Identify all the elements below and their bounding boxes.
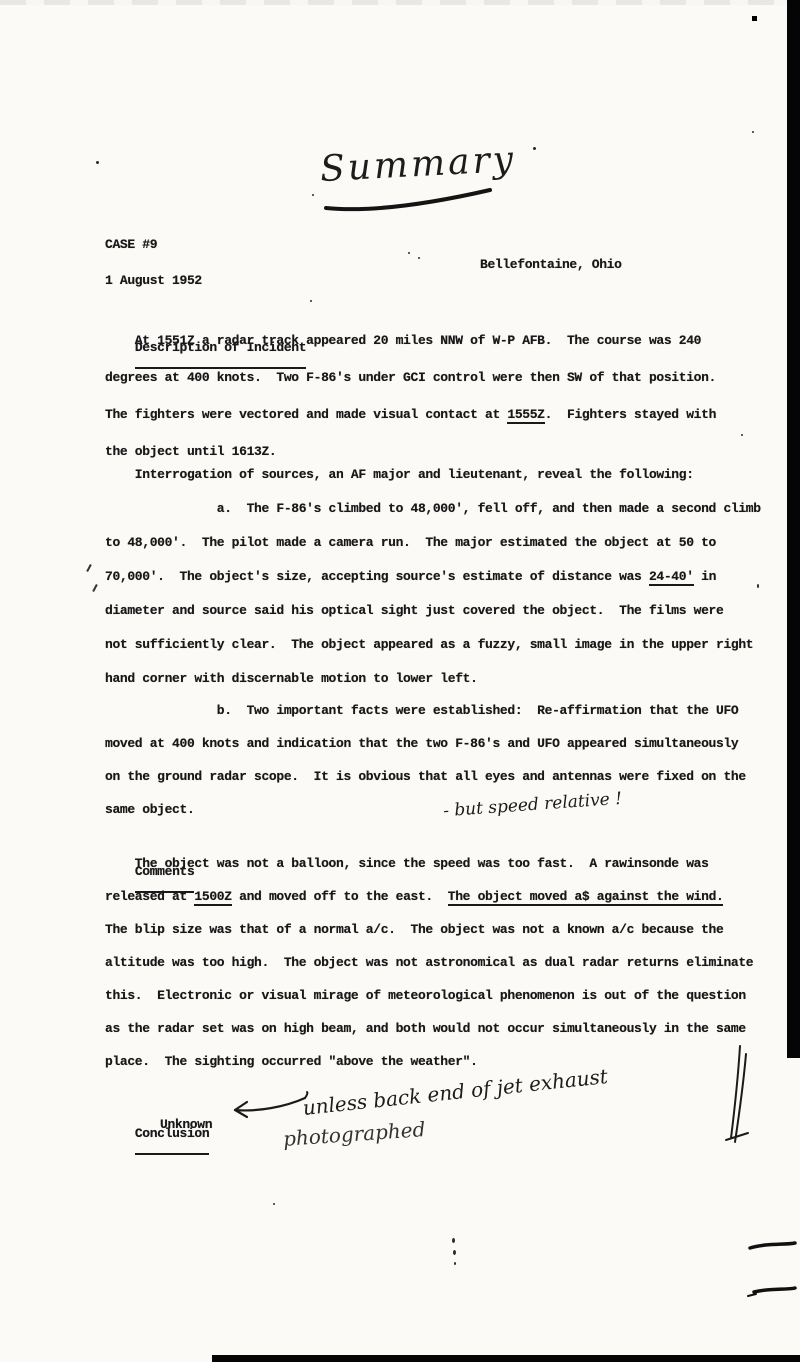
handwritten-margin-stroke <box>724 1042 756 1150</box>
handwritten-margin-dash <box>748 1238 796 1298</box>
text-segment: 70,000'. The object's size, accepting so… <box>105 569 649 584</box>
text-segment: on the ground radar scope. It is obvious… <box>105 769 746 784</box>
case-number: CASE #9 <box>105 226 157 263</box>
scan-smudge <box>408 252 410 254</box>
handwritten-summary-title: Summary <box>319 139 517 190</box>
conclusion-value: Unknown <box>160 1106 212 1143</box>
text-segment: The blip size was that of a normal a/c. … <box>105 922 723 937</box>
scan-smudge <box>310 300 312 302</box>
incident-location: Bellefontaine, Ohio <box>480 246 622 283</box>
text-line: place. The sighting occurred "above the … <box>105 1045 753 1078</box>
description-paragraph-2: Interrogation of sources, an AF major an… <box>105 456 694 493</box>
text-segment: released at <box>105 889 194 904</box>
scan-smudge <box>741 434 743 436</box>
text-line: a. The F-86's climbed to 48,000', fell o… <box>105 492 761 526</box>
scan-smudge <box>752 16 757 21</box>
underlined-text: 24-40' <box>649 569 694 586</box>
text-segment: At 1551Z a radar track appeared 20 miles… <box>105 333 701 348</box>
scan-right-edge-band <box>787 0 800 1058</box>
text-segment: The fighters were vectored and made visu… <box>105 407 507 422</box>
text-line: The blip size was that of a normal a/c. … <box>105 913 753 946</box>
text-line: moved at 400 knots and indication that t… <box>105 727 746 760</box>
text-line: diameter and source said his optical sig… <box>105 594 761 628</box>
text-segment: The object was not a balloon, since the … <box>105 856 709 871</box>
text-segment: in <box>694 569 716 584</box>
text-segment: altitude was too high. The object was no… <box>105 955 753 970</box>
scan-smudge <box>752 131 754 133</box>
scan-top-edge-band <box>0 0 787 5</box>
text-segment: moved at 400 knots and indication that t… <box>105 736 738 751</box>
scan-smudge <box>96 161 99 164</box>
underlined-text: The object moved a$ against the wind. <box>448 889 724 906</box>
text-segment: place. The sighting occurred "above the … <box>105 1054 478 1069</box>
scan-margin-tick <box>86 564 92 572</box>
text-line: released at 1500Z and moved off to the e… <box>105 880 753 913</box>
handwritten-left-arrow-icon <box>225 1092 310 1122</box>
text-line: degrees at 400 knots. Two F-86's under G… <box>105 359 716 396</box>
text-segment: same object. <box>105 802 194 817</box>
scan-bottom-edge-bar <box>212 1355 800 1362</box>
text-line: same object. <box>105 793 746 826</box>
scan-smudge <box>452 1238 455 1243</box>
text-line: this. Electronic or visual mirage of met… <box>105 979 753 1012</box>
text-line: to 48,000'. The pilot made a camera run.… <box>105 526 761 560</box>
text-line: 70,000'. The object's size, accepting so… <box>105 560 761 594</box>
text-segment: Interrogation of sources, an AF major an… <box>105 467 694 482</box>
text-segment: to 48,000'. The pilot made a camera run.… <box>105 535 716 550</box>
text-segment: b. Two important facts were established:… <box>105 703 738 718</box>
handwritten-underline-flourish <box>322 186 497 214</box>
text-segment: diameter and source said his optical sig… <box>105 603 723 618</box>
text-segment: degrees at 400 knots. Two F-86's under G… <box>105 370 716 385</box>
text-segment: hand corner with discernable motion to l… <box>105 671 478 686</box>
text-segment: this. Electronic or visual mirage of met… <box>105 988 746 1003</box>
scan-smudge <box>453 1250 456 1255</box>
text-line: The fighters were vectored and made visu… <box>105 396 716 433</box>
text-line: on the ground radar scope. It is obvious… <box>105 760 746 793</box>
comments-paragraph: The object was not a balloon, since the … <box>105 847 753 1078</box>
text-line: At 1551Z a radar track appeared 20 miles… <box>105 322 716 359</box>
description-paragraph-a: a. The F-86's climbed to 48,000', fell o… <box>105 492 761 696</box>
text-segment: a. The F-86's climbed to 48,000', fell o… <box>105 501 761 516</box>
text-segment: and moved off to the east. <box>232 889 448 904</box>
description-paragraph-b: b. Two important facts were established:… <box>105 694 746 826</box>
scan-smudge <box>533 147 536 150</box>
text-line: not sufficiently clear. The object appea… <box>105 628 761 662</box>
description-paragraph-1: At 1551Z a radar track appeared 20 miles… <box>105 322 716 470</box>
scan-smudge <box>454 1262 456 1265</box>
text-line: hand corner with discernable motion to l… <box>105 662 761 696</box>
handwritten-conclusion-note-line2: photographed <box>282 1117 426 1151</box>
scan-margin-tick <box>92 584 98 592</box>
underlined-text: 1555Z <box>507 407 544 424</box>
text-line: altitude was too high. The object was no… <box>105 946 753 979</box>
scan-smudge <box>312 194 314 196</box>
text-line: The object was not a balloon, since the … <box>105 847 753 880</box>
scanned-document-page: Summary CASE #9 1 August 1952 Bellefonta… <box>0 0 800 1362</box>
underlined-text: 1500Z <box>194 889 231 906</box>
scan-smudge <box>418 257 420 259</box>
text-line: b. Two important facts were established:… <box>105 694 746 727</box>
text-segment: not sufficiently clear. The object appea… <box>105 637 753 652</box>
text-segment: as the radar set was on high beam, and b… <box>105 1021 746 1036</box>
text-segment: . Fighters stayed with <box>545 407 716 422</box>
text-line: as the radar set was on high beam, and b… <box>105 1012 753 1045</box>
text-line: Interrogation of sources, an AF major an… <box>105 456 694 493</box>
scan-smudge <box>273 1203 275 1205</box>
